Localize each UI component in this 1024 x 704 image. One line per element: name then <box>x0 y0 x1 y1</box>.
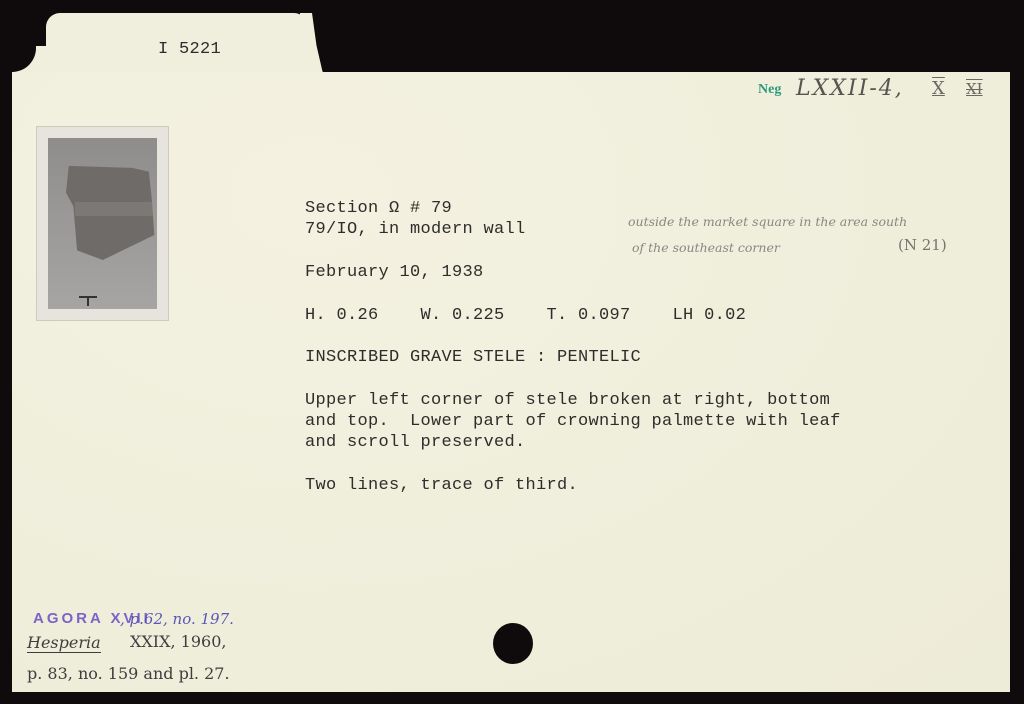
journal-volume: XXIX, 1960, <box>130 632 226 651</box>
object-photo <box>36 126 169 321</box>
journal-name: Hesperia <box>27 633 101 653</box>
catalog-number: I 5221 <box>158 40 221 59</box>
agora-reference: , p.62, no. 197. <box>120 610 234 628</box>
photo-image <box>48 138 157 309</box>
negative-number: LXXII-4, <box>796 76 904 101</box>
card-tab-edge-right <box>300 13 330 78</box>
scale-stand-icon <box>79 296 97 298</box>
handwritten-note-line1: outside the market square in the area so… <box>628 214 907 229</box>
negative-roman-2: XI <box>966 80 983 98</box>
description-line: and scroll preserved. <box>305 433 526 452</box>
handwritten-note-line2: of the southeast corner <box>632 240 780 255</box>
negative-stamp: Neg <box>758 82 781 98</box>
inscription-note: Two lines, trace of third. <box>305 476 578 495</box>
description-line: Upper left corner of stele broken at rig… <box>305 391 830 410</box>
journal-pages: p. 83, no. 159 and pl. 27. <box>27 664 230 683</box>
punch-hole <box>493 623 533 664</box>
stele-fragment-icon <box>66 164 158 260</box>
find-date: February 10, 1938 <box>305 263 484 282</box>
negative-roman-1: X <box>932 78 945 99</box>
findspot: 79/IO, in modern wall <box>305 220 526 239</box>
dimensions: H. 0.26 W. 0.225 T. 0.097 LH 0.02 <box>305 306 746 325</box>
section-number: Section Ω # 79 <box>305 199 452 218</box>
object-type: INSCRIBED GRAVE STELE : PENTELIC <box>305 348 641 367</box>
handwritten-grid-ref: (N 21) <box>898 236 947 254</box>
description-line: and top. Lower part of crowning palmette… <box>305 412 841 431</box>
